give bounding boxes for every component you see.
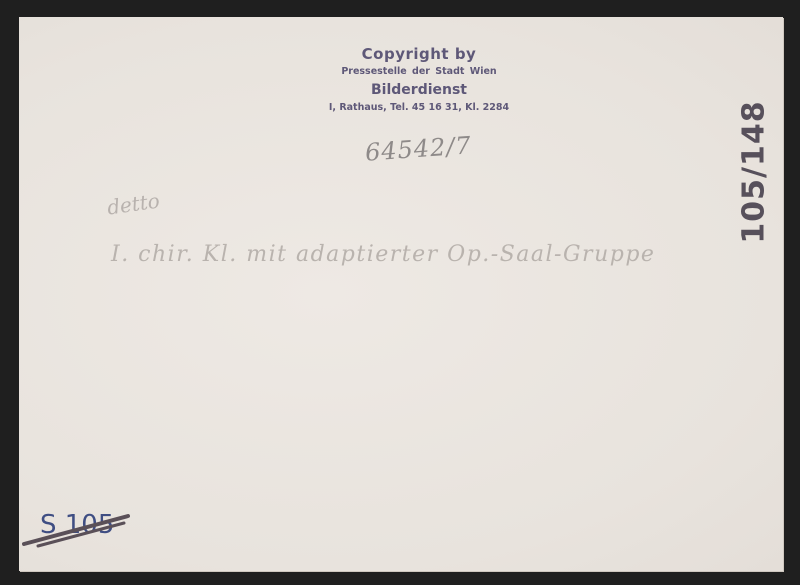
stamp-line-service: Bilderdienst <box>269 80 569 100</box>
stamp-line-copyright: Copyright by <box>269 44 569 64</box>
handwritten-dito: detto <box>106 188 162 219</box>
archive-number: 64542/7 <box>364 131 472 166</box>
inventory-number: 105/148 <box>724 87 784 257</box>
handwritten-caption: I. chir. Kl. mit adaptierter Op.-Saal-Gr… <box>111 242 655 267</box>
stamp-line-agency: Pressestelle der Stadt Wien <box>269 64 569 80</box>
photo-back-card: Copyright by Pressestelle der Stadt Wien… <box>19 17 783 571</box>
inventory-number-text: 105/148 <box>737 100 772 243</box>
strikethrough-mark <box>20 508 130 548</box>
copyright-stamp: Copyright by Pressestelle der Stadt Wien… <box>269 44 569 116</box>
stamp-line-address: I, Rathaus, Tel. 45 16 31, Kl. 2284 <box>269 100 569 116</box>
